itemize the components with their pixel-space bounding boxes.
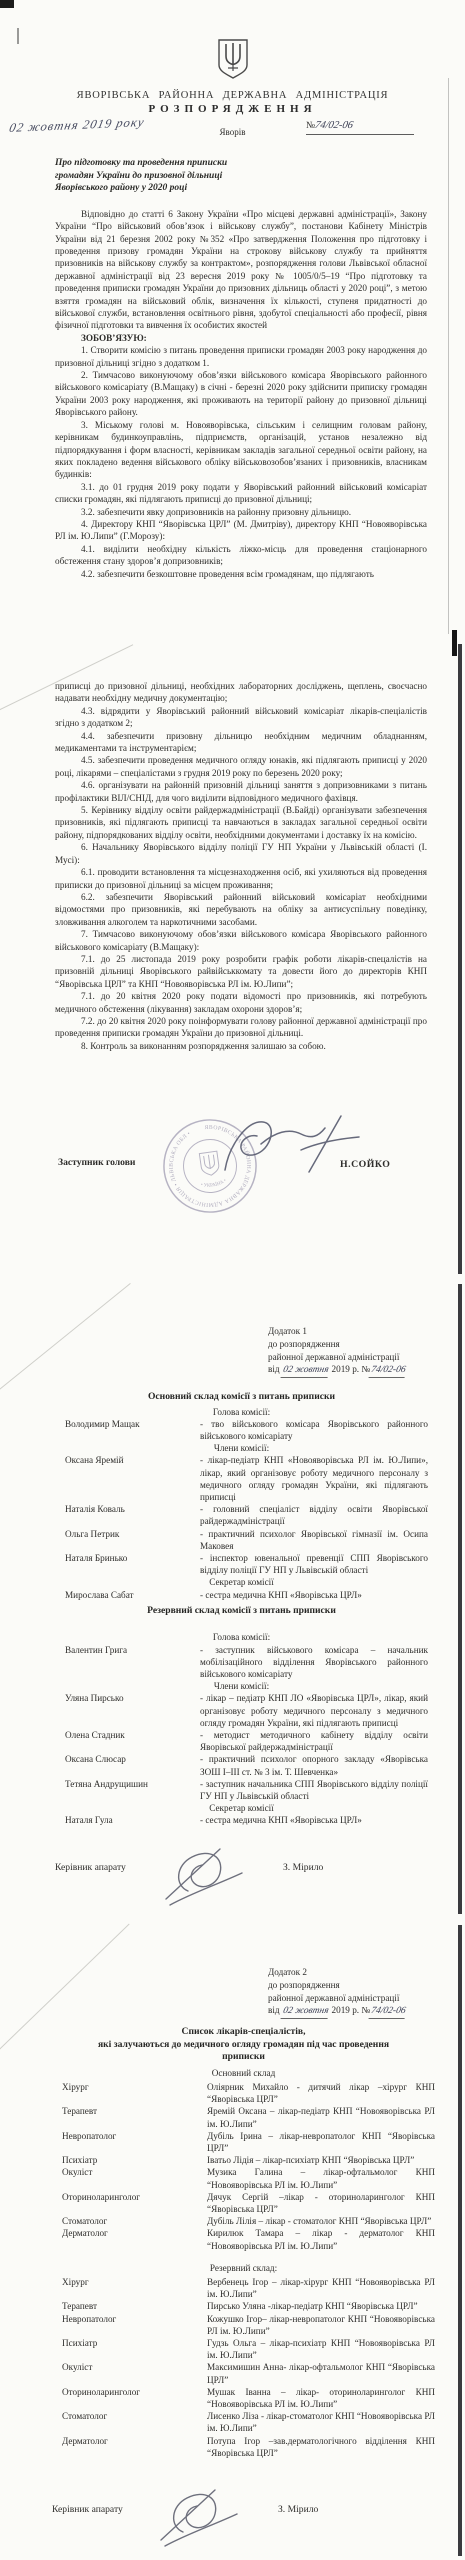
handwritten-date: 02 жовтня (280, 1364, 330, 1378)
specialty-name: Терапевт (52, 2105, 207, 2117)
doctor-row: Дерматолог Потупа Ігор –зав.дерматологіч… (52, 2435, 435, 2459)
doctor-row: Психіатр Гудзь Ольга – лікар-психіатр КН… (52, 2337, 435, 2361)
member-description: - лікар-педіатр КНП «Новояворівська РЛ і… (200, 1454, 428, 1503)
doctor-row: Окуліст Музика Галина – лікар-офтальмоло… (52, 2166, 435, 2190)
page-4-appendix-2: Додаток 2 до розпорядження районної держ… (0, 1920, 465, 2560)
role-heading: Члени комісії: (214, 1681, 269, 1691)
paragraph: 3.2. забезпечити явку допризовників на р… (55, 506, 427, 518)
paragraph: ЗОБОВ’ЯЗУЮ: (55, 332, 427, 344)
commission-row: Тетяна Андрущишин - заступник начальника… (55, 1778, 428, 1802)
commission-row: Наталя Гула - сестра медична КНП «Яворів… (55, 1814, 428, 1826)
paragraph: 7.1. до 20 квітня 2020 року подати відом… (55, 990, 427, 1015)
appendix-ref: до розпорядження (268, 1338, 446, 1351)
specialty-name: Оториноларинголог (52, 2191, 207, 2203)
specialty-name: Терапевт (52, 2300, 207, 2312)
doctors-main-table: Хірург Оліярник Михайло - дитячий лікар … (52, 2081, 435, 2252)
doctor-description: Потупа Ігор –зав.дерматологічного відділ… (207, 2435, 435, 2459)
appendix-ref: до розпорядження (268, 1979, 446, 1992)
commission-row: Голова комісії: (55, 1406, 428, 1418)
staff-chief-signature (153, 2476, 253, 2554)
specialty-name: Дерматолог (52, 2227, 207, 2239)
doctor-row: Стоматолог Лисенко Ліза - лікар-стоматол… (52, 2410, 435, 2434)
scan-corner-artifact (0, 0, 14, 8)
doctor-description: Дубіль Ірина – лікар-невропатолог КНП “Я… (207, 2130, 435, 2154)
doctors-reserve-table: Хірург Вербенець Ігор – лікар-хірург КНП… (52, 2276, 435, 2459)
page1-body: Відповідно до статті 6 Закону України «П… (0, 208, 465, 580)
handwritten-date: 02 жовтня (280, 2005, 330, 2019)
appendix-ref: районної державної адміністрації (268, 1351, 446, 1364)
appendix2-header: Додаток 2 до розпорядження районної держ… (268, 1966, 446, 2019)
member-description: - головний спеціаліст відділу освіти Яво… (200, 1503, 428, 1527)
paragraph: Відповідно до статті 6 Закону України «П… (55, 208, 427, 332)
doctor-row: Невропатолог Кожушко Ігор– лікар-невропа… (52, 2313, 435, 2337)
member-description: - тво військового комісара Яворівського … (200, 1418, 428, 1442)
specialty-name: Окуліст (52, 2361, 207, 2373)
commission-main-table: Голова комісії: Володимир Мащак - тво ві… (55, 1406, 428, 1601)
specialty-name: Дерматолог (52, 2435, 207, 2447)
member-description: - сестра медична КНП «Яворівська ЦРЛ» (200, 1589, 428, 1601)
specialty-name: Хірург (52, 2081, 207, 2093)
member-description: - лікар – педіатр КНП ЛО «Яворівська ЦРЛ… (200, 1692, 428, 1729)
commission-row: Голова комісії: (55, 1631, 428, 1643)
member-description: - сестра медична КНП «Яворівська ЦРЛ» (200, 1814, 428, 1826)
document-scan: ЯВОРІВСЬКА РАЙОННА ДЕРЖАВНА АДМІНІСТРАЦІ… (0, 0, 465, 2560)
doctor-description: Музика Галина – лікар-офтальмолог КНП “Н… (207, 2166, 435, 2190)
page2-body: приписці до призовної дільниці, необхідн… (0, 640, 465, 1052)
commission-row: Наталія Коваль - головний спеціаліст від… (55, 1503, 428, 1527)
doctor-row: Оториноларинголог Мушак Іванна – лікар- … (52, 2386, 435, 2410)
specialty-name: Хірург (52, 2276, 207, 2288)
doctor-description: Яремій Оксана – лікар-педіатр КНП “Новоя… (207, 2105, 435, 2129)
doctor-description: Кирилюк Тамара – лікар - дерматолог КНП … (207, 2227, 435, 2251)
document-number: №74/02-06 (306, 120, 414, 135)
commission-row: Мирослава Сабат - сестра медична КНП «Яв… (55, 1589, 428, 1601)
commission-row: Оксана Слюсар - практичний психолог опор… (55, 1753, 428, 1777)
paragraph: 4.4. забезпечити призовну дільницю необх… (55, 730, 427, 755)
member-name: Наталя Гула (55, 1814, 200, 1826)
member-name: Оксана Слюсар (55, 1753, 200, 1765)
paragraph: 7.2. до 20 квітня 2020 року поінформуват… (55, 1015, 427, 1040)
role-heading: Голова комісії: (213, 1632, 270, 1642)
doctor-description: Кожушко Ігор– лікар-невропатолог КНП “Но… (207, 2313, 435, 2337)
commission-row: Уляна Пирсько - лікар – педіатр КНП ЛО «… (55, 1692, 428, 1729)
doctor-description: Вербенець Ігор – лікар-хірург КНП “Новоя… (207, 2276, 435, 2300)
footer-position: Керівник апарату (52, 2504, 123, 2515)
member-description: - методист методичного кабінету відділу … (200, 1729, 428, 1753)
role-heading: Члени комісії: (214, 1443, 269, 1453)
doctor-description: Гудзь Ольга – лікар-психіатр КНП “Новояв… (207, 2337, 435, 2361)
member-description: - заступник начальника СПП Яворівського … (200, 1778, 428, 1802)
paragraph: 2. Тимчасово виконуючому обов’язки війсь… (55, 369, 427, 419)
paragraph: 7. Тимчасово виконуючому обов’язки війсь… (55, 928, 427, 953)
page-2-directive-continued: приписці до призовної дільниці, необхідн… (0, 640, 465, 1277)
doctor-row: Хірург Оліярник Михайло - дитячий лікар … (52, 2081, 435, 2105)
page-3-appendix-1: Додаток 1 до розпорядження районної держ… (0, 1279, 465, 1917)
doctor-row: Окуліст Максимишин Анна- лікар-офтальмол… (52, 2361, 435, 2385)
member-name: Володимир Мащак (55, 1418, 200, 1430)
doctor-description: Максимишин Анна- лікар-офтальмолог КНП “… (207, 2361, 435, 2385)
member-description: - інспектор ювенальної превенції СПП Яво… (200, 1552, 428, 1576)
ukraine-trident-emblem-icon (216, 38, 250, 80)
commission-reserve-table: Голова комісії: Валентин Грига - заступн… (55, 1631, 428, 1826)
signer-position: Заступник голови (58, 1157, 135, 1168)
paragraph: 3.1. до 01 грудня 2019 року подати у Яво… (55, 481, 427, 506)
commission-row: Секретар комісії (55, 1576, 428, 1588)
head-signature (215, 1108, 365, 1198)
page-1-directive: ЯВОРІВСЬКА РАЙОННА ДЕРЖАВНА АДМІНІСТРАЦІ… (0, 8, 465, 638)
footer-name: З. Мірило (283, 1862, 323, 1873)
doctor-description: Лисенко Ліза - лікар-стоматолог КНП “Нов… (207, 2410, 435, 2434)
doctor-description: Іватьо Лідія – лікар-психіатр КНП “Яворі… (207, 2154, 435, 2166)
paragraph: 4.2. забезпечити безкоштовне проведення … (55, 568, 427, 580)
commission-row: Олена Стадник - методист методичного каб… (55, 1729, 428, 1753)
staff-chief-signature (158, 1835, 258, 1913)
member-name: Оксана Яремій (55, 1454, 200, 1466)
paragraph: 4.6. організувати на районній призовній … (55, 779, 427, 804)
member-name: Мирослава Сабат (55, 1589, 200, 1601)
doctor-description: Оліярник Михайло - дитячий лікар –хірург… (207, 2081, 435, 2105)
paragraph: 6.1. проводити встановлення та місцезнах… (55, 866, 427, 891)
handwritten-number: 74/02-06 (314, 120, 354, 131)
member-name: Уляна Пирсько (55, 1692, 200, 1704)
specialty-name: Невропатолог (52, 2130, 207, 2142)
handwritten-number: 74/02-06 (369, 2005, 408, 2019)
paragraph: 8. Контроль за виконанням розпорядження … (55, 1040, 427, 1052)
member-description: - заступник військового комісара – начал… (200, 1644, 428, 1681)
appendix1-header: Додаток 1 до розпорядження районної держ… (268, 1325, 446, 1378)
paragraph: 4.3. відрядити у Яворівський районний ві… (55, 705, 427, 730)
footer-name: З. Мірило (278, 2504, 318, 2515)
role-heading: Секретар комісії (209, 1577, 274, 1587)
paragraph: 4.1. виділити необхідну кількість ліжко-… (55, 543, 427, 568)
paragraph: 7.1. до 25 листопада 2019 року розробити… (55, 953, 427, 990)
doctor-row: Дерматолог Кирилюк Тамара – лікар - дерм… (52, 2227, 435, 2251)
appendix-label: Додаток 1 (268, 1325, 446, 1338)
appendix-date-line: від 02 жовтня 2019 р. №74/02-06 (268, 1363, 446, 1378)
doctor-description: Дубіль Лілія – лікар - стоматолог КНП “Я… (207, 2215, 435, 2227)
specialty-name: Оториноларинголог (52, 2386, 207, 2398)
doctor-row: Стоматолог Дубіль Лілія – лікар - стомат… (52, 2215, 435, 2227)
appendix-label: Додаток 2 (268, 1966, 446, 1979)
paragraph: 3. Міському голові м. Новояворівська, сі… (55, 419, 427, 481)
commission-row: Валентин Грига - заступник військового к… (55, 1644, 428, 1681)
commission-row: Секретар комісії (55, 1802, 428, 1814)
member-name: Наталя Бринько (55, 1552, 200, 1564)
role-heading: Голова комісії: (213, 1407, 270, 1417)
member-description: - практичний психолог опорного закладу «… (200, 1753, 428, 1777)
member-name: Тетяна Андрущишин (55, 1778, 200, 1790)
doctors-main-subtitle: Основний склад (52, 2067, 435, 2079)
commission-reserve-title: Резервний склад комісії з питань приписк… (55, 1605, 428, 1618)
doctor-row: Психіатр Іватьо Лідія – лікар-психіатр К… (52, 2154, 435, 2166)
paragraph: 6.2. забезпечити Яворівський районний ві… (55, 891, 427, 928)
document-subject: Про підготовку та проведення приписки гр… (0, 157, 280, 195)
doctor-row: Оториноларинголог Дячук Сергій –лікар - … (52, 2191, 435, 2215)
commission-row: Члени комісії: (55, 1442, 428, 1454)
specialty-name: Психіатр (52, 2154, 207, 2166)
commission-row: Оксана Яремій - лікар-педіатр КНП «Новоя… (55, 1454, 428, 1503)
footer-position: Керівник апарату (55, 1862, 126, 1873)
doctor-description: Дячук Сергій –лікар - оториноларинголог … (207, 2191, 435, 2215)
paragraph: 5. Керівнику відділу освіти райдержадмін… (55, 804, 427, 841)
specialty-name: Окуліст (52, 2166, 207, 2178)
doctor-row: Терапевт Пирсько Уляна -лікар-педіатр КН… (52, 2300, 435, 2312)
doctor-description: Мушак Іванна – лікар- оториноларинголог … (207, 2386, 435, 2410)
role-heading: Секретар комісії (209, 1803, 274, 1813)
member-name: Ольга Петрик (55, 1528, 200, 1540)
document-type-title: РОЗПОРЯДЖЕННЯ (0, 103, 465, 115)
paragraph: 4. Директору КНП “Яворівська ЦРЛ” (М. Дм… (55, 518, 427, 543)
member-name: Наталія Коваль (55, 1503, 200, 1515)
doctors-list-title: Список лікарів-спеціалістів, які залучаю… (52, 2026, 435, 2064)
specialty-name: Психіатр (52, 2337, 207, 2349)
commission-row: Ольга Петрик - практичний психолог Яворі… (55, 1528, 428, 1552)
doctor-row: Невропатолог Дубіль Ірина – лікар-невроп… (52, 2130, 435, 2154)
commission-main-title: Основний склад комісії з питань приписки (55, 1391, 428, 1404)
specialty-name: Стоматолог (52, 2215, 207, 2227)
commission-row: Володимир Мащак - тво військового коміса… (55, 1418, 428, 1442)
doctor-row: Хірург Вербенець Ігор – лікар-хірург КНП… (52, 2276, 435, 2300)
doctors-reserve-subtitle: Резервний склад: (52, 2262, 435, 2274)
org-name: ЯВОРІВСЬКА РАЙОННА ДЕРЖАВНА АДМІНІСТРАЦІ… (0, 90, 465, 101)
member-description: - практичний психолог Яворівської гімназ… (200, 1528, 428, 1552)
doctor-row: Терапевт Яремій Оксана – лікар-педіатр К… (52, 2105, 435, 2129)
commission-row: Наталя Бринько - інспектор ювенальної пр… (55, 1552, 428, 1576)
appendix-ref: районної державної адміністрації (268, 1992, 446, 2005)
paragraph: 6. Начальнику Яворівського відділу поліц… (55, 841, 427, 866)
commission-row: Члени комісії: (55, 1680, 428, 1692)
specialty-name: Стоматолог (52, 2410, 207, 2422)
member-name: Валентин Грига (55, 1644, 200, 1656)
doctor-description: Пирсько Уляна -лікар-педіатр КНП “Яворів… (207, 2300, 435, 2312)
handwritten-number: 74/02-06 (369, 1364, 408, 1378)
paragraph: 1. Створити комісію з питань проведення … (55, 344, 427, 369)
paragraph: приписці до призовної дільниці, необхідн… (55, 680, 427, 705)
member-name: Олена Стадник (55, 1729, 200, 1741)
paragraph: 4.5. забезпечити проведення медичного ог… (55, 754, 427, 779)
specialty-name: Невропатолог (52, 2313, 207, 2325)
appendix-date-line: від 02 жовтня 2019 р. №74/02-06 (268, 2004, 446, 2019)
